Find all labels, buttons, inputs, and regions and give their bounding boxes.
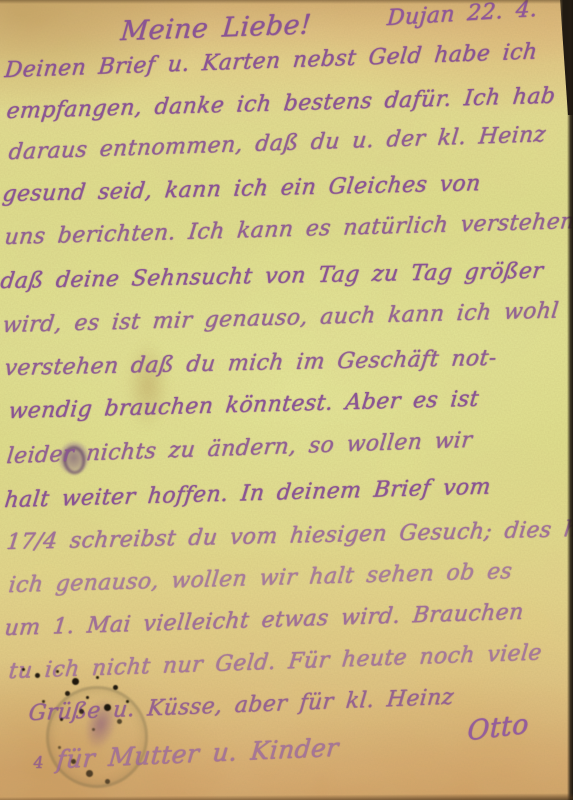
salutation: Meine Liebe! — [119, 9, 312, 47]
scan-edge-top — [0, 0, 573, 4]
handwriting-line: daraus entnommen, daß du u. der kl. Hein… — [7, 122, 547, 165]
handwriting-line: ich genauso, wollen wir halt sehen ob es — [7, 559, 513, 598]
handwriting-line: gesund seid, kann ich ein Gleiches von — [1, 171, 482, 207]
scan-edge-bottom — [0, 793, 573, 800]
signature: Otto — [467, 708, 529, 747]
date-line: Dujan 22. 4. — [386, 0, 538, 31]
handwriting-line: wird, es ist mir genauso, auch kann ich … — [1, 298, 560, 338]
handwriting-line: Deinen Brief u. Karten nebst Geld habe i… — [3, 39, 538, 83]
handwriting-line: uns berichten. Ich kann es natürlich ver… — [3, 209, 573, 250]
handwriting-line: leider nichts zu ändern, so wollen wir — [5, 428, 473, 469]
handwriting-line: 17/4 schreibst du vom hiesigen Gesuch; d… — [5, 516, 573, 555]
handwriting-line: wendig brauchen könntest. Aber es ist — [7, 387, 480, 424]
page-number: 4 — [33, 753, 44, 772]
handwriting-line: empfangen, danke ich bestens dafür. Ich … — [5, 84, 557, 124]
handwriting-line: tu ich nicht nur Geld. Für heute noch vi… — [7, 640, 543, 684]
letter-page: Dujan 22. 4. Meine Liebe! Deinen Brief u… — [0, 0, 573, 800]
handwriting-line: verstehen daß du mich im Geschäft not- — [3, 346, 498, 381]
handwriting-line: daß deine Sehnsucht von Tag zu Tag größe… — [0, 259, 545, 294]
ink-spatter — [22, 668, 25, 671]
scan-edge-right — [567, 0, 573, 800]
handwriting-line: um 1. Mai vielleicht etwas wird. Brauche… — [3, 600, 525, 641]
